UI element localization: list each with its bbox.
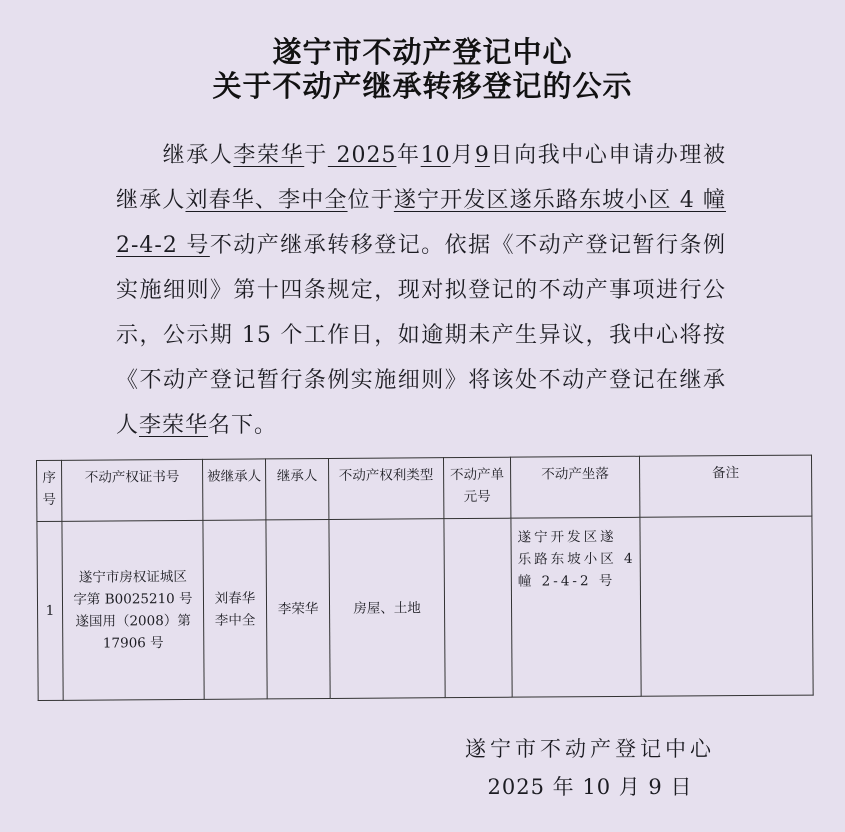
text: 不动产继承转移登记。依据《不动产登记暂行条例实施细则》第十四条规定，现对拟登记的…	[116, 233, 726, 438]
cert-line: 17906 号	[65, 632, 201, 655]
header-cert-no: 不动产权证书号	[62, 459, 203, 521]
text: 位于	[348, 188, 394, 213]
text: 月	[451, 143, 475, 168]
cell-right-type: 房屋、土地	[329, 519, 445, 699]
location-line: 乐路东坡小区 4	[518, 548, 638, 571]
header-location: 不动产坐落	[510, 456, 639, 518]
deceased-name: 刘春华	[206, 587, 264, 609]
table-row: 1 遂宁市房权证城区 字第 B0025210 号 遂国用（2008）第 1790…	[37, 516, 813, 700]
deceased-name: 李中全	[206, 609, 264, 631]
cell-remark	[640, 516, 813, 696]
text: 继承人	[162, 143, 233, 168]
text: 名下。	[208, 413, 277, 438]
heir-name-end: 李荣华	[139, 413, 208, 438]
header-right-type: 不动产权利类型	[328, 458, 443, 520]
apply-year: 2025	[328, 143, 397, 168]
cell-location: 遂宁开发区遂 乐路东坡小区 4 幢 2-4-2 号	[511, 517, 641, 697]
signature-date: 2025 年 10 月 9 日	[450, 771, 730, 801]
registration-table: 序号 不动产权证书号 被继承人 继承人 不动产权利类型 不动产单元号 不动产坐落…	[36, 455, 814, 701]
cell-index: 1	[37, 521, 63, 700]
text: 年	[396, 143, 420, 168]
document-title-line2: 关于不动产继承转移登记的公示	[0, 64, 845, 105]
header-unit-no: 不动产单元号	[443, 457, 510, 518]
location-line: 遂宁开发区遂	[517, 526, 637, 549]
cell-heir: 李荣华	[266, 519, 330, 698]
header-index: 序号	[37, 460, 62, 521]
signature-org: 遂宁市不动产登记中心	[450, 733, 730, 763]
text: 于	[304, 143, 328, 168]
table-header-row: 序号 不动产权证书号 被继承人 继承人 不动产权利类型 不动产单元号 不动产坐落…	[37, 455, 812, 521]
cert-line: 遂宁市房权证城区	[65, 566, 201, 589]
cell-unit-no	[444, 518, 512, 697]
deceased-names: 刘春华、李中全	[185, 188, 347, 213]
apply-month: 10	[421, 143, 451, 168]
apply-day: 9	[475, 143, 490, 168]
header-deceased: 被继承人	[202, 459, 265, 520]
header-heir: 继承人	[265, 458, 328, 519]
notice-body: 继承人李荣华于 2025年10月9日向我中心申请办理被继承人刘春华、李中全位于遂…	[116, 133, 726, 448]
location-line: 幢 2-4-2 号	[518, 570, 638, 593]
cell-deceased: 刘春华 李中全	[203, 520, 267, 699]
cert-line: 遂国用（2008）第	[65, 610, 201, 633]
cell-cert-no: 遂宁市房权证城区 字第 B0025210 号 遂国用（2008）第 17906 …	[62, 520, 204, 700]
heir-name: 李荣华	[233, 143, 304, 168]
header-remark: 备注	[639, 455, 811, 517]
cert-line: 字第 B0025210 号	[65, 588, 201, 611]
